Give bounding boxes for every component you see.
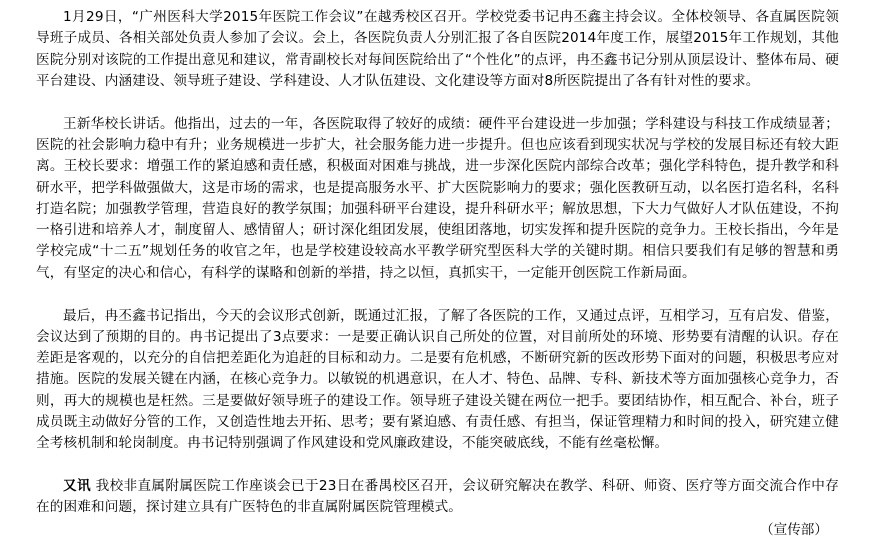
article-signature: （宣传部） [760,520,828,541]
additional-news-label: 又讯 [63,478,91,494]
paragraph-additional-news: 又讯 我校非直属附属医院工作座谈会已于23日在番禺校区召开，会议研究解决在教学、… [36,476,839,519]
additional-news-text: 我校非直属附属医院工作座谈会已于23日在番禺校区召开，会议研究解决在教学、科研、… [36,478,839,515]
news-article: 1月29日，“广州医科大学2015年医院工作会议”在越秀校区召开。学校党委书记冉… [36,7,839,519]
paragraph-meeting-summary: 1月29日，“广州医科大学2015年医院工作会议”在越秀校区召开。学校党委书记冉… [36,7,839,92]
paragraph-secretary-requirements: 最后，冉丕鑫书记指出，今天的会议形式创新，既通过汇报，了解了各医院的工作，又通过… [36,306,839,455]
paragraph-president-speech: 王新华校长讲话。他指出，过去的一年，各医院取得了较好的成绩：硬件平台建设进一步加… [36,114,839,284]
